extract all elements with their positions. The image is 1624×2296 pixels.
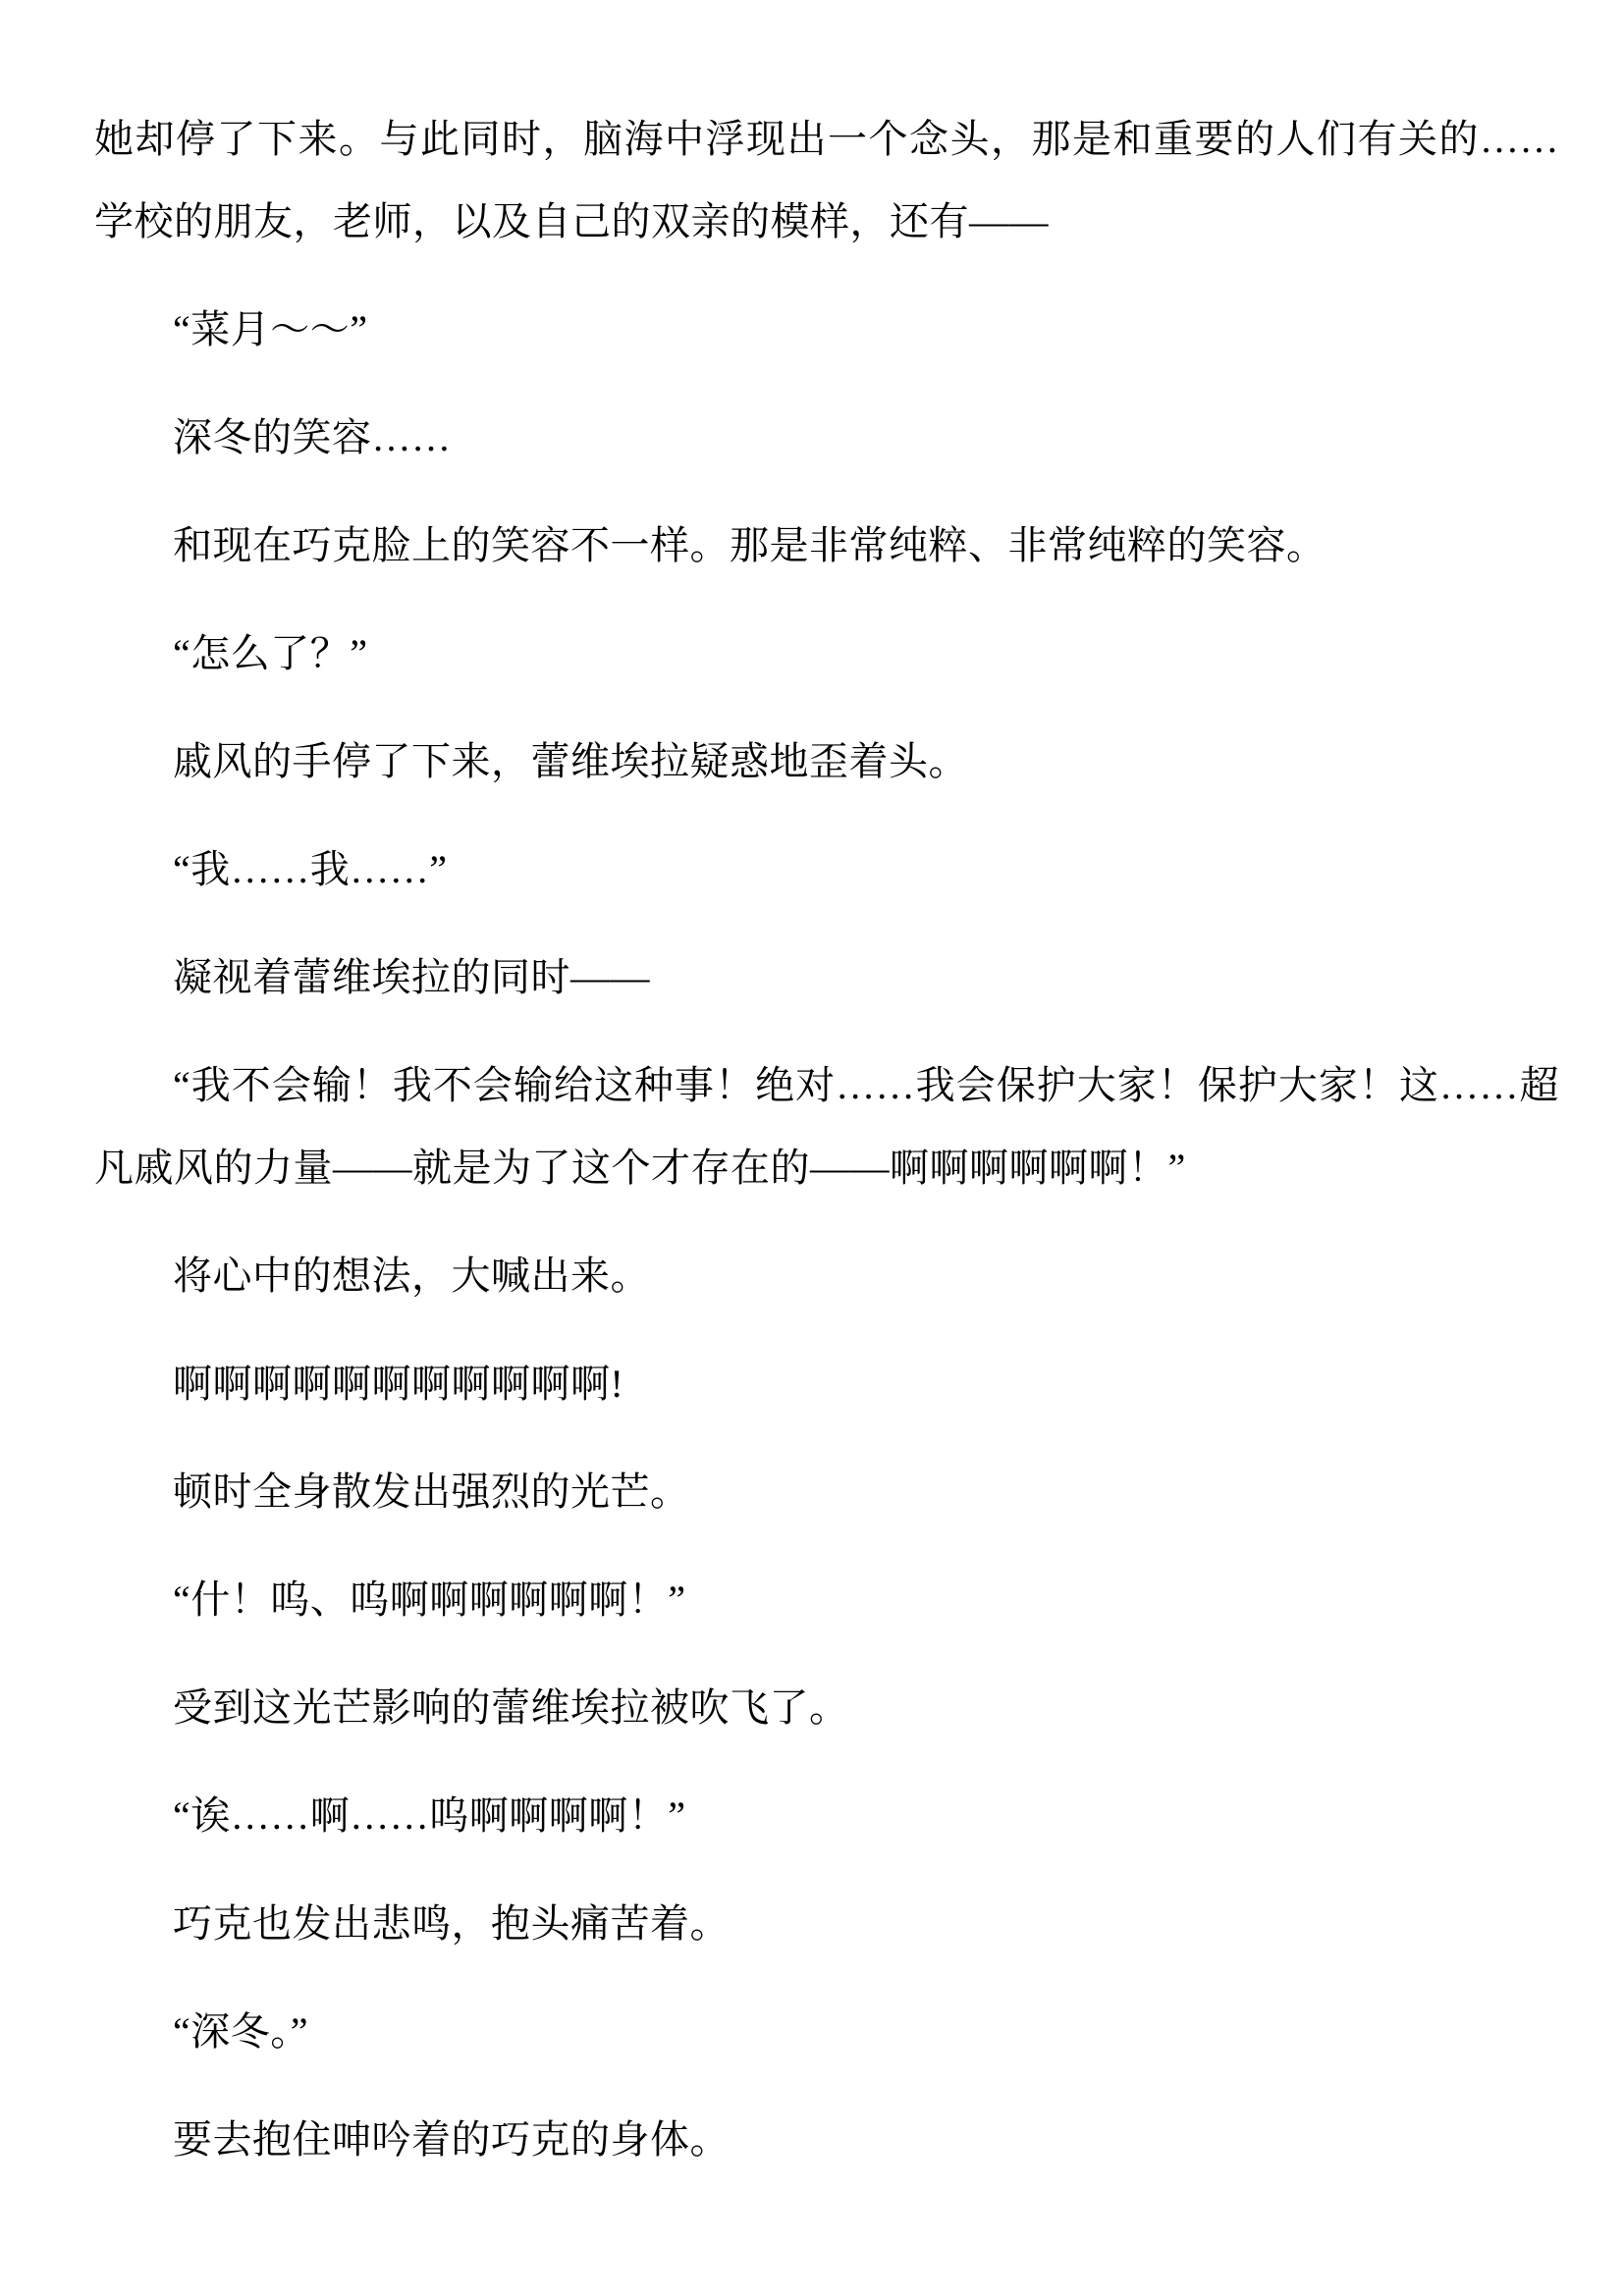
paragraph: “深冬。” <box>94 1991 1559 2073</box>
paragraph: 凝视着蕾维埃拉的同时—— <box>94 936 1559 1019</box>
paragraph: 她却停了下来。与此同时，脑海中浮现出一个念头，那是和重要的人们有关的……学校的朋… <box>94 98 1559 263</box>
paragraph: 顿时全身散发出强烈的光芒。 <box>94 1451 1559 1533</box>
paragraph: “我……我……” <box>94 828 1559 911</box>
paragraph: 巧克也发出悲鸣，抱头痛苦着。 <box>94 1883 1559 1965</box>
paragraph: 将心中的想法，大喊出来。 <box>94 1235 1559 1317</box>
paragraph: “怎么了？” <box>94 613 1559 695</box>
paragraph: “什！呜、呜啊啊啊啊啊啊！” <box>94 1559 1559 1641</box>
page-body: 她却停了下来。与此同时，脑海中浮现出一个念头，那是和重要的人们有关的……学校的朋… <box>0 0 1624 2181</box>
paragraph: 啊啊啊啊啊啊啊啊啊啊啊! <box>94 1343 1559 1425</box>
paragraph: “菜月～～” <box>94 289 1559 371</box>
paragraph: 要去抱住呻吟着的巧克的身体。 <box>94 2099 1559 2181</box>
paragraph: 深冬的笑容…… <box>94 397 1559 479</box>
paragraph: 戚风的手停了下来，蕾维埃拉疑惑地歪着头。 <box>94 721 1559 803</box>
document-page: 她却停了下来。与此同时，脑海中浮现出一个念头，那是和重要的人们有关的……学校的朋… <box>0 0 1624 2296</box>
paragraph: “我不会输！我不会输给这种事！绝对……我会保护大家！保护大家！这……超凡戚风的力… <box>94 1044 1559 1209</box>
paragraph: 受到这光芒影响的蕾维埃拉被吹飞了。 <box>94 1667 1559 1749</box>
paragraph: “诶……啊……呜啊啊啊啊！” <box>94 1775 1559 1857</box>
paragraph: 和现在巧克脸上的笑容不一样。那是非常纯粹、非常纯粹的笑容。 <box>94 505 1559 587</box>
